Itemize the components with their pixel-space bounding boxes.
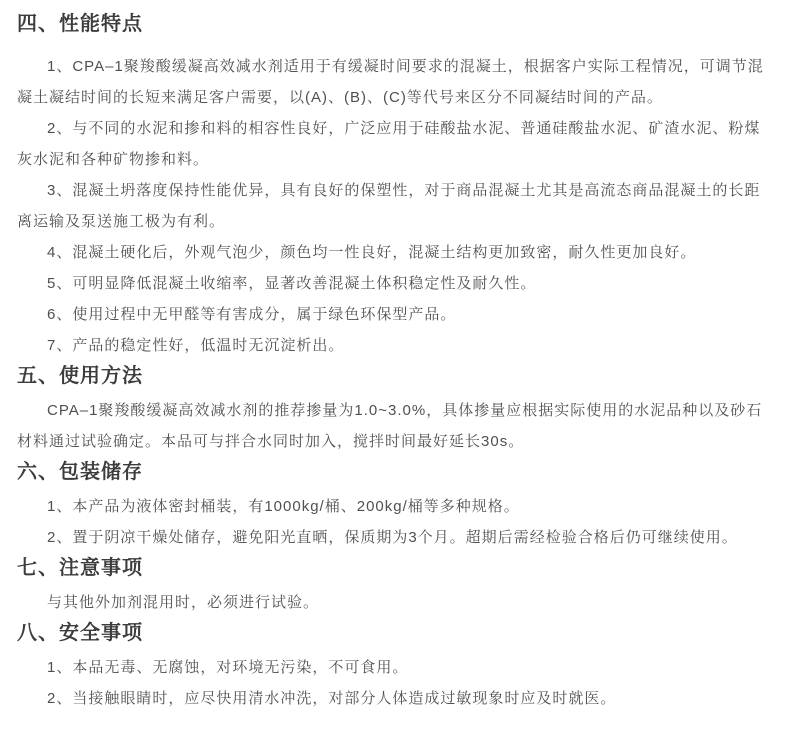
paragraph: 2、与不同的水泥和掺和料的相容性良好，广泛应用于硅酸盐水泥、普通硅酸盐水泥、矿渣… [17, 113, 770, 175]
paragraph: 1、本品无毒、无腐蚀，对环境无污染，不可食用。 [17, 652, 770, 683]
section-title-performance-features: 四、性能特点 [17, 11, 770, 37]
section-usage-method: 五、使用方法 CPA–1聚羧酸缓凝高效减水剂的推荐掺量为1.0~3.0%，具体掺… [17, 363, 770, 457]
paragraph: 1、CPA–1聚羧酸缓凝高效减水剂适用于有缓凝时间要求的混凝土，根据客户实际工程… [17, 51, 770, 113]
paragraph: 2、置于阴凉干燥处储存，避免阳光直晒，保质期为3个月。超期后需经检验合格后仍可继… [17, 522, 770, 553]
section-performance-features: 四、性能特点 1、CPA–1聚羧酸缓凝高效减水剂适用于有缓凝时间要求的混凝土，根… [17, 11, 770, 361]
paragraph: 与其他外加剂混用时，必须进行试验。 [17, 587, 770, 618]
paragraph: CPA–1聚羧酸缓凝高效减水剂的推荐掺量为1.0~3.0%，具体掺量应根据实际使… [17, 395, 770, 457]
paragraph: 7、产品的稳定性好，低温时无沉淀析出。 [17, 330, 770, 361]
paragraph: 3、混凝土坍落度保持性能优异，具有良好的保塑性，对于商品混凝土尤其是高流态商品混… [17, 175, 770, 237]
section-precautions: 七、注意事项 与其他外加剂混用时，必须进行试验。 [17, 555, 770, 618]
section-title-packaging-storage: 六、包装储存 [17, 459, 770, 485]
paragraph: 5、可明显降低混凝土收缩率，显著改善混凝土体积稳定性及耐久性。 [17, 268, 770, 299]
section-safety: 八、安全事项 1、本品无毒、无腐蚀，对环境无污染，不可食用。 2、当接触眼睛时，… [17, 620, 770, 714]
paragraph: 1、本产品为液体密封桶装，有1000kg/桶、200kg/桶等多种规格。 [17, 491, 770, 522]
section-title-precautions: 七、注意事项 [17, 555, 770, 581]
paragraph: 4、混凝土硬化后，外观气泡少，颜色均一性良好，混凝土结构更加致密，耐久性更加良好… [17, 237, 770, 268]
section-packaging-storage: 六、包装储存 1、本产品为液体密封桶装，有1000kg/桶、200kg/桶等多种… [17, 459, 770, 553]
paragraph: 6、使用过程中无甲醛等有害成分，属于绿色环保型产品。 [17, 299, 770, 330]
paragraph: 2、当接触眼睛时，应尽快用清水冲洗，对部分人体造成过敏现象时应及时就医。 [17, 683, 770, 714]
section-title-usage-method: 五、使用方法 [17, 363, 770, 389]
section-title-safety: 八、安全事项 [17, 620, 770, 646]
product-detail-document: 四、性能特点 1、CPA–1聚羧酸缓凝高效减水剂适用于有缓凝时间要求的混凝土，根… [0, 0, 787, 730]
